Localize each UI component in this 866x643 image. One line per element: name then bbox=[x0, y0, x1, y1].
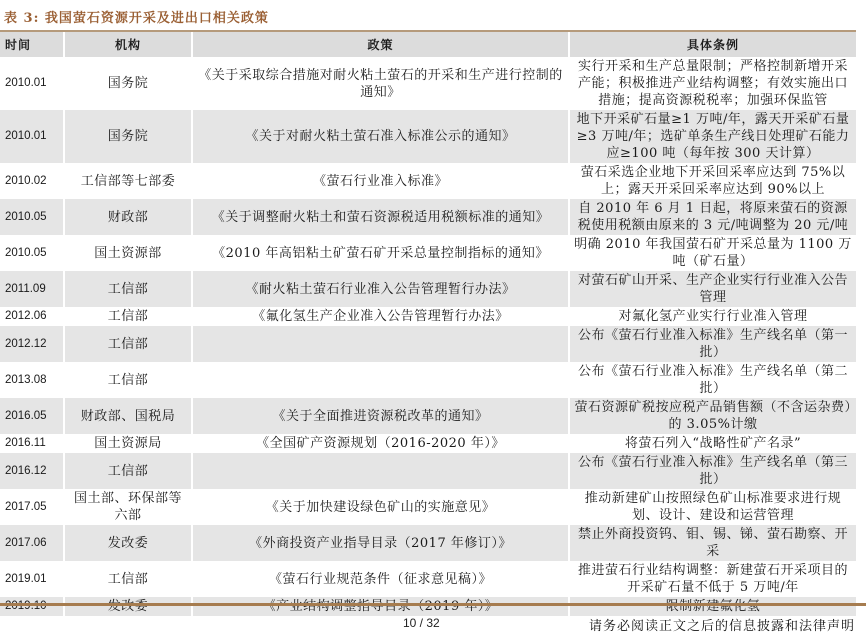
cell-org: 财政部 bbox=[63, 199, 191, 235]
cell-org: 国务院 bbox=[63, 110, 191, 163]
cell-detail: 地下开采矿石量≥1 万吨/年，露天开采矿石量≥3 万吨/年；选矿单条生产线日处理… bbox=[568, 110, 856, 163]
cell-time: 2017.05 bbox=[0, 489, 63, 525]
table-row: 2016.12 工信部 公布《萤石行业准入标准》生产线名单（第三批） bbox=[0, 453, 856, 489]
report-page: 表 3: 我国萤石资源开采及进出口相关政策 时间 机构 政策 具体条例 2010… bbox=[0, 0, 866, 643]
cell-policy: 《关于采取综合措施对耐火粘土萤石的开采和生产进行控制的通知》 bbox=[191, 57, 568, 110]
cell-detail: 公布《萤石行业准入标准》生产线名单（第一批） bbox=[568, 326, 856, 362]
cell-policy: 《关于加快建设绿色矿山的实施意见》 bbox=[191, 489, 568, 525]
cell-detail: 对萤石矿山开采、生产企业实行行业准入公告管理 bbox=[568, 271, 856, 307]
cell-policy: 《萤石行业准入标准》 bbox=[191, 163, 568, 199]
table-row: 2011.09 工信部 《耐火粘土萤石行业准入公告管理暂行办法》 对萤石矿山开采… bbox=[0, 271, 856, 307]
cell-detail: 对氟化氢产业实行行业准入管理 bbox=[568, 307, 856, 326]
cell-time: 2016.12 bbox=[0, 453, 63, 489]
cell-detail: 萤石采选企业地下开采回采率应达到 75%以上；露天开采回采率应达到 90%以上 bbox=[568, 163, 856, 199]
cell-time: 2019.01 bbox=[0, 561, 63, 597]
cell-detail: 明确 2010 年我国萤石矿开采总量为 1100 万吨（矿石量） bbox=[568, 235, 856, 271]
cell-detail: 自 2010 年 6 月 1 日起，将原来萤石的资源税使用税额由原来的 3 元/… bbox=[568, 199, 856, 235]
table-row: 2013.08 工信部 公布《萤石行业准入标准》生产线名单（第二批） bbox=[0, 362, 856, 398]
cell-time: 2010.01 bbox=[0, 57, 63, 110]
cell-detail: 公布《萤石行业准入标准》生产线名单（第二批） bbox=[568, 362, 856, 398]
cell-policy bbox=[191, 362, 568, 398]
cell-org: 工信部等七部委 bbox=[63, 163, 191, 199]
table-header: 时间 机构 政策 具体条例 bbox=[0, 32, 856, 57]
cell-detail: 推动新建矿山按照绿色矿山标准要求进行规划、设计、建设和运营管理 bbox=[568, 489, 856, 525]
cell-time: 2011.09 bbox=[0, 271, 63, 307]
cell-detail: 推进萤石行业结构调整：新建萤石开采项目的开采矿石量不低于 5 万吨/年 bbox=[568, 561, 856, 597]
page-footer: 10 / 32 请务必阅读正文之后的信息披露和法律声明 bbox=[0, 603, 866, 643]
cell-time: 2016.11 bbox=[0, 434, 63, 453]
column-header-detail: 具体条例 bbox=[568, 32, 856, 57]
cell-org: 工信部 bbox=[63, 362, 191, 398]
cell-time: 2010.02 bbox=[0, 163, 63, 199]
footer-disclaimer: 请务必阅读正文之后的信息披露和法律声明 bbox=[589, 615, 855, 634]
cell-time: 2017.06 bbox=[0, 525, 63, 561]
cell-org: 工信部 bbox=[63, 561, 191, 597]
footer-divider bbox=[0, 603, 866, 606]
cell-org: 工信部 bbox=[63, 271, 191, 307]
header-row: 时间 机构 政策 具体条例 bbox=[0, 32, 856, 57]
cell-org: 财政部、国税局 bbox=[63, 398, 191, 434]
cell-detail: 禁止外商投资钨、钼、锡、锑、萤石勘察、开采 bbox=[568, 525, 856, 561]
table-row: 2010.02 工信部等七部委 《萤石行业准入标准》 萤石采选企业地下开采回采率… bbox=[0, 163, 856, 199]
cell-time: 2010.01 bbox=[0, 110, 63, 163]
table-row: 2017.05 国土部、环保部等六部 《关于加快建设绿色矿山的实施意见》 推动新… bbox=[0, 489, 856, 525]
cell-detail: 公布《萤石行业准入标准》生产线名单（第三批） bbox=[568, 453, 856, 489]
cell-time: 2010.05 bbox=[0, 235, 63, 271]
table-row: 2017.06 发改委 《外商投资产业指导目录（2017 年修订）》 禁止外商投… bbox=[0, 525, 856, 561]
cell-time: 2016.05 bbox=[0, 398, 63, 434]
cell-org: 工信部 bbox=[63, 453, 191, 489]
table-row: 2016.11 国土资源局 《全国矿产资源规划（2016-2020 年）》 将萤… bbox=[0, 434, 856, 453]
cell-policy: 《全国矿产资源规划（2016-2020 年）》 bbox=[191, 434, 568, 453]
cell-policy: 《外商投资产业指导目录（2017 年修订）》 bbox=[191, 525, 568, 561]
column-header-org: 机构 bbox=[63, 32, 191, 57]
page-number: 10 / 32 bbox=[403, 616, 440, 630]
table-row: 2010.05 国土资源部 《2010 年高铝粘土矿萤石矿开采总量控制指标的通知… bbox=[0, 235, 856, 271]
table-row: 2010.01 国务院 《关于采取综合措施对耐火粘土萤石的开采和生产进行控制的通… bbox=[0, 57, 856, 110]
cell-policy: 《关于全面推进资源税改革的通知》 bbox=[191, 398, 568, 434]
table-row: 2012.12 工信部 公布《萤石行业准入标准》生产线名单（第一批） bbox=[0, 326, 856, 362]
cell-time: 2010.05 bbox=[0, 199, 63, 235]
cell-time: 2013.08 bbox=[0, 362, 63, 398]
table-row: 2012.06 工信部 《氟化氢生产企业准入公告管理暂行办法》 对氟化氢产业实行… bbox=[0, 307, 856, 326]
cell-org: 国土部、环保部等六部 bbox=[63, 489, 191, 525]
cell-org: 工信部 bbox=[63, 307, 191, 326]
cell-detail: 将萤石列入“战略性矿产名录” bbox=[568, 434, 856, 453]
table-row: 2016.05 财政部、国税局 《关于全面推进资源税改革的通知》 萤石资源矿税按… bbox=[0, 398, 856, 434]
cell-org: 发改委 bbox=[63, 525, 191, 561]
cell-org: 国土资源部 bbox=[63, 235, 191, 271]
column-header-policy: 政策 bbox=[191, 32, 568, 57]
table-body: 2010.01 国务院 《关于采取综合措施对耐火粘土萤石的开采和生产进行控制的通… bbox=[0, 57, 856, 616]
cell-policy bbox=[191, 326, 568, 362]
table-caption: 表 3: 我国萤石资源开采及进出口相关政策 bbox=[4, 7, 269, 26]
cell-policy: 《萤石行业规范条件（征求意见稿）》 bbox=[191, 561, 568, 597]
cell-time: 2012.06 bbox=[0, 307, 63, 326]
policy-table: 时间 机构 政策 具体条例 2010.01 国务院 《关于采取综合措施对耐火粘土… bbox=[0, 30, 856, 616]
cell-policy: 《耐火粘土萤石行业准入公告管理暂行办法》 bbox=[191, 271, 568, 307]
table-row: 2010.01 国务院 《关于对耐火粘土萤石准入标准公示的通知》 地下开采矿石量… bbox=[0, 110, 856, 163]
cell-policy bbox=[191, 453, 568, 489]
cell-org: 国务院 bbox=[63, 57, 191, 110]
table-row: 2019.01 工信部 《萤石行业规范条件（征求意见稿）》 推进萤石行业结构调整… bbox=[0, 561, 856, 597]
cell-policy: 《关于对耐火粘土萤石准入标准公示的通知》 bbox=[191, 110, 568, 163]
cell-detail: 实行开采和生产总量限制；严格控制新增开采产能；积极推进产业结构调整；有效实施出口… bbox=[568, 57, 856, 110]
cell-detail: 萤石资源矿税按应税产品销售额（不含运杂费）的 3.05%计缴 bbox=[568, 398, 856, 434]
cell-org: 国土资源局 bbox=[63, 434, 191, 453]
cell-org: 工信部 bbox=[63, 326, 191, 362]
cell-time: 2012.12 bbox=[0, 326, 63, 362]
cell-policy: 《关于调整耐火粘土和萤石资源税适用税额标准的通知》 bbox=[191, 199, 568, 235]
column-header-time: 时间 bbox=[0, 32, 63, 57]
cell-policy: 《氟化氢生产企业准入公告管理暂行办法》 bbox=[191, 307, 568, 326]
table-row: 2010.05 财政部 《关于调整耐火粘土和萤石资源税适用税额标准的通知》 自 … bbox=[0, 199, 856, 235]
cell-policy: 《2010 年高铝粘土矿萤石矿开采总量控制指标的通知》 bbox=[191, 235, 568, 271]
